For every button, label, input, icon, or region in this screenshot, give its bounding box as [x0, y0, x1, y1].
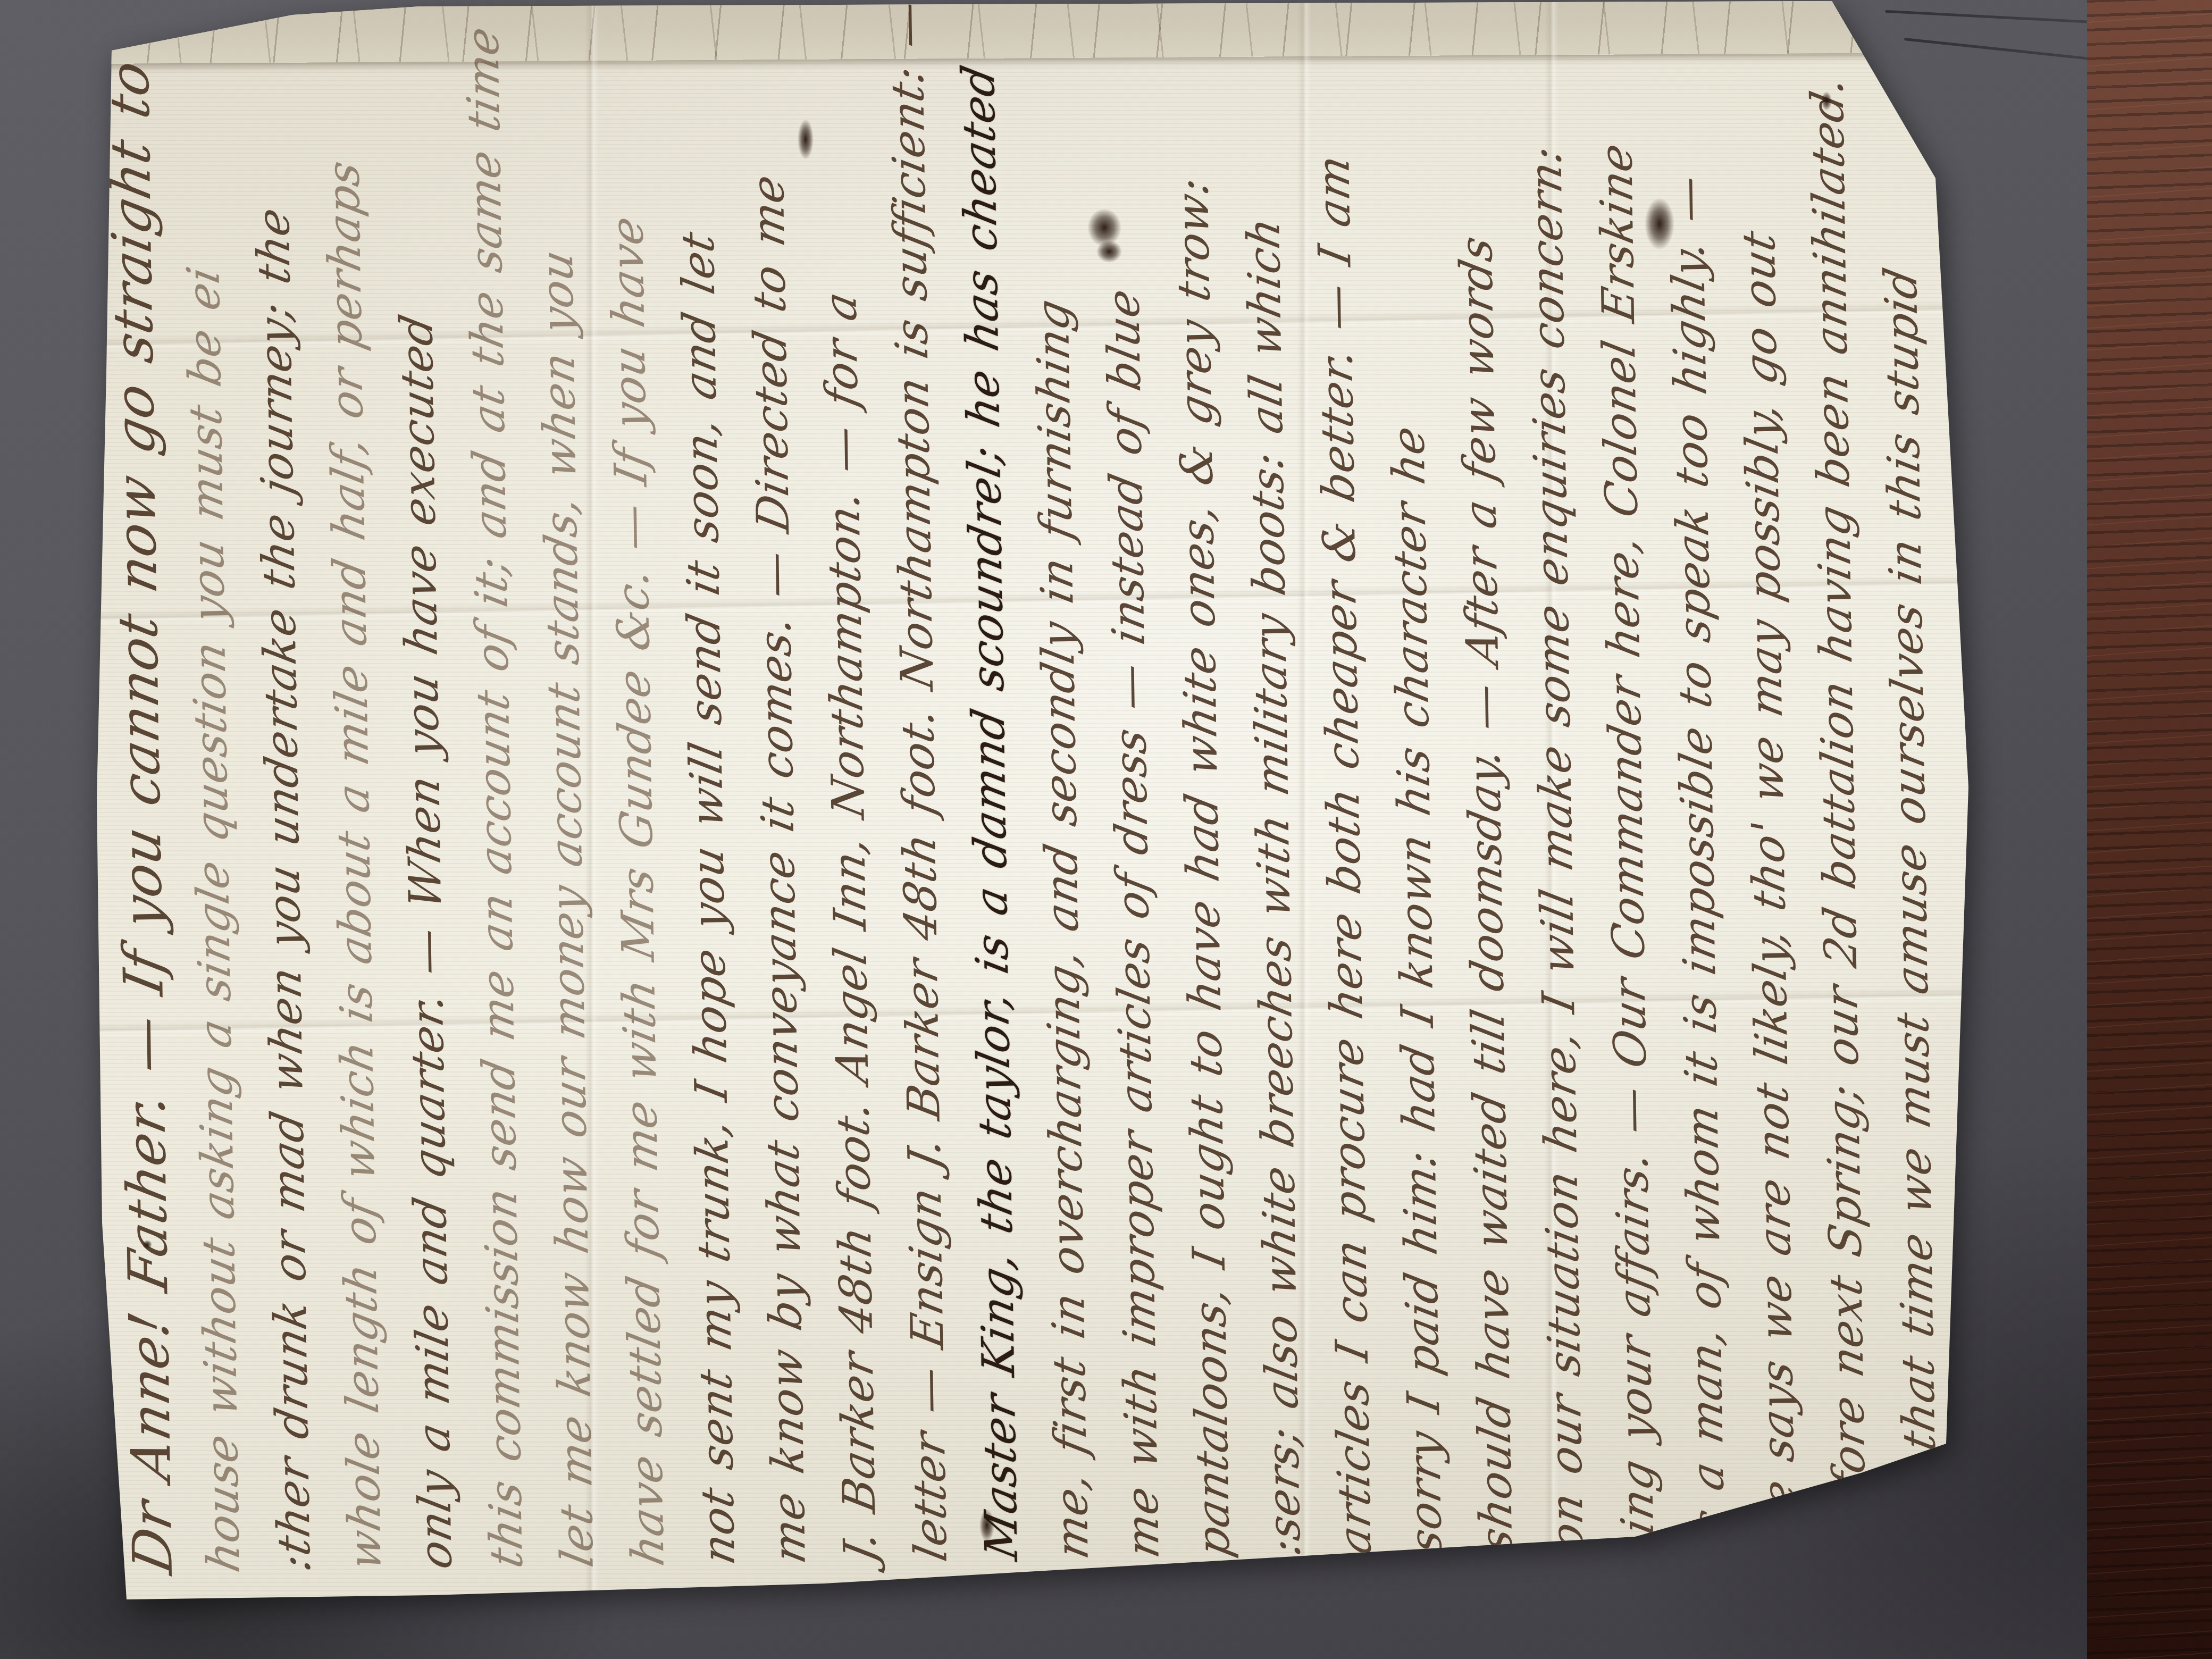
letter-sheet: Dr Anne! Father. — If you cannot now go …	[90, 0, 1975, 1608]
ink-blot	[1645, 198, 1674, 250]
letter-photo: Dr Anne! Father. — If you cannot now go …	[0, 0, 2212, 1659]
handwriting-block: Dr Anne! Father. — If you cannot now go …	[94, 20, 1958, 1580]
ink-blot	[1096, 240, 1122, 263]
ink-blot	[979, 1509, 994, 1542]
ink-blot	[1821, 91, 1832, 111]
ink-blot	[143, 1240, 152, 1249]
ink-blot	[798, 119, 814, 160]
paper-shadow-wrap: Dr Anne! Father. — If you cannot now go …	[0, 0, 2212, 1659]
